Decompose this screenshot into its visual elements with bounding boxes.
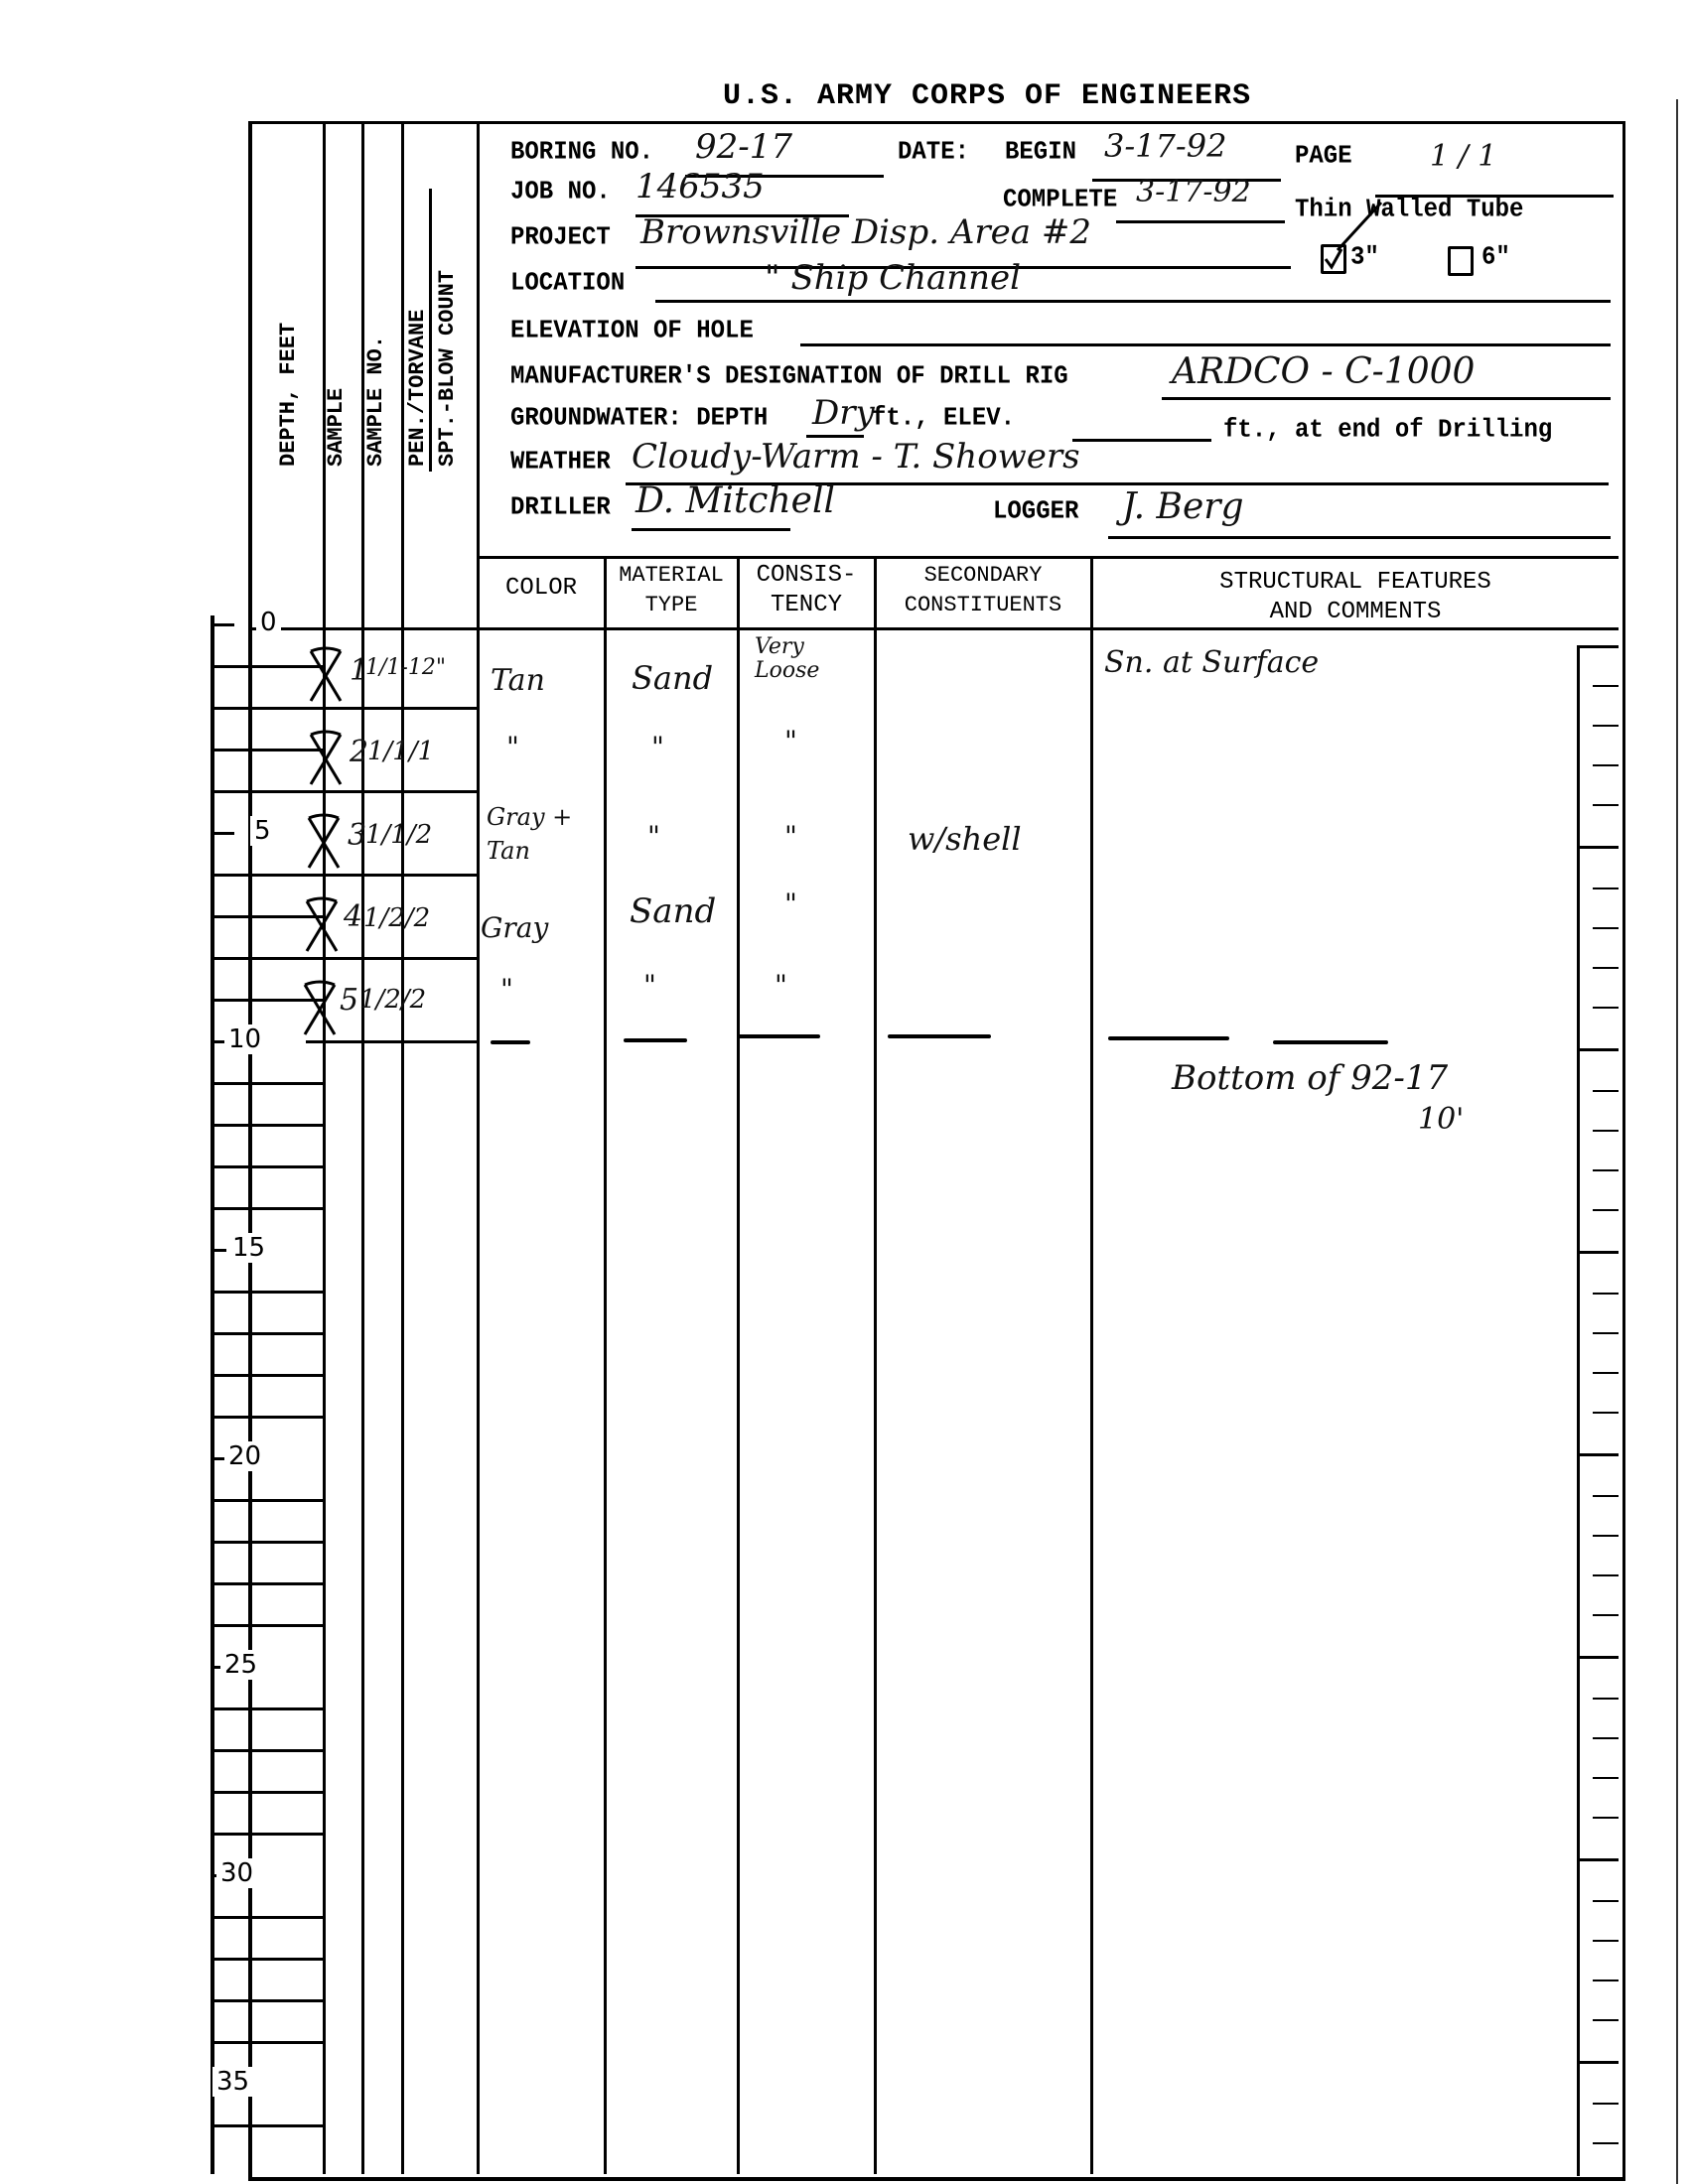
depth-label-5: 5	[250, 816, 275, 846]
end-of-drilling-label: ft., at end of Drilling	[1223, 416, 1552, 445]
sample-row-divider-5	[306, 1040, 477, 1043]
depth-label-35: 35	[212, 2067, 253, 2097]
depth-label-20: 20	[224, 1441, 265, 1471]
page-value[interactable]: 1 / 1	[1430, 139, 1496, 174]
tick-5	[212, 832, 234, 835]
col-header-color: COLOR	[479, 574, 604, 604]
color-value: Gray	[481, 911, 548, 944]
consistency-value: "	[775, 969, 787, 1002]
depth-feet-label: DEPTH, FEET	[276, 323, 301, 467]
end-dash-structural-2	[1273, 1040, 1388, 1044]
sample-x-icon	[304, 895, 340, 955]
complete-label: COMPLETE	[1003, 186, 1117, 214]
boring-no-value[interactable]: 92-17	[695, 127, 792, 167]
col-header-secondary-line2: CONSTITUENTS	[876, 591, 1090, 620]
tube-6in-checkbox[interactable]	[1448, 246, 1474, 276]
col-header-secondary-line1: SECONDARY	[876, 561, 1090, 591]
divider-secondary	[1090, 556, 1093, 2174]
blow-count: 1/1/2	[365, 820, 432, 850]
col-header-structural-line1: STRUCTURAL FEATURES	[1092, 568, 1619, 598]
groundwater-depth-value[interactable]: Dry	[812, 393, 875, 433]
divider-pen	[401, 121, 404, 2174]
logger-underline	[1108, 536, 1611, 539]
end-dash-consistency	[737, 1034, 820, 1038]
sample-no: 3	[348, 818, 366, 853]
material-value: "	[651, 731, 664, 763]
location-underline	[655, 300, 1611, 303]
tube-6in-label: 6"	[1481, 243, 1510, 272]
col-header-color-line1: COLOR	[479, 574, 604, 604]
sample-no: 4	[344, 899, 362, 934]
drill-rig-underline	[1162, 397, 1611, 400]
sample-row-divider-3	[306, 874, 477, 877]
material-value: Sand	[630, 891, 716, 931]
divider-color	[604, 556, 607, 2174]
scan-page-edge	[1676, 99, 1678, 2184]
divider-consistency	[874, 556, 877, 2174]
ft-elev-label: ft., ELEV.	[872, 404, 1015, 433]
blow-count: 1/2/2	[363, 903, 430, 933]
blow-count: 1/1/1	[367, 737, 434, 766]
right-scale-top	[1577, 645, 1619, 648]
col-header-consistency-line1: CONSIS-	[739, 561, 874, 591]
consistency-value: "	[784, 820, 797, 853]
logger-value[interactable]: J. Berg	[1122, 486, 1244, 527]
thin-walled-tube-label: Thin Walled Tube	[1295, 196, 1523, 224]
driller-value[interactable]: D. Mitchell	[635, 480, 835, 521]
col-header-material-line1: MATERIAL	[606, 561, 737, 591]
page-label: PAGE	[1295, 142, 1352, 171]
begin-label: BEGIN	[1005, 138, 1076, 167]
consistency-value: Very Loose	[755, 635, 864, 683]
bottom-of-boring-note: Bottom of 92-17	[1172, 1058, 1448, 1098]
divider-header-left	[477, 121, 480, 2174]
sample-no: 5	[340, 983, 358, 1018]
weather-label: WEATHER	[510, 448, 611, 477]
pen-spt-divider	[429, 189, 432, 472]
sample-row-divider-2	[306, 790, 477, 793]
depth-label-10: 10	[224, 1024, 265, 1054]
column-header-divider	[248, 627, 1619, 630]
job-no-value[interactable]: 146535	[635, 167, 765, 206]
tick-0	[212, 623, 234, 626]
driller-underline	[632, 528, 790, 531]
color-value: "	[500, 973, 513, 1006]
depth-label-30: 30	[216, 1858, 257, 1888]
location-label: LOCATION	[510, 269, 625, 298]
right-scale-left-edge	[1577, 647, 1580, 2176]
sample-x-icon	[306, 812, 342, 872]
sample-no-label: SAMPLE NO.	[363, 336, 388, 467]
col-header-consistency-line2: TENCY	[739, 591, 874, 620]
elevation-underline	[800, 343, 1611, 346]
secondary-value: w/shell	[908, 820, 1022, 858]
groundwater-elev-underline	[1072, 439, 1211, 442]
sample-no: 2	[350, 735, 368, 769]
depth-scale-left-edge	[211, 615, 214, 2174]
col-header-structural-line2: AND COMMENTS	[1092, 598, 1619, 627]
document-title: U.S. ARMY CORPS OF ENGINEERS	[723, 79, 1251, 113]
consistency-value: "	[784, 725, 797, 757]
blow-count: 1/1-12"	[365, 655, 446, 680]
project-label: PROJECT	[510, 223, 611, 252]
drill-rig-value[interactable]: ARDCO - C-1000	[1172, 351, 1475, 392]
depth-label-0: 0	[256, 608, 281, 637]
logger-label: LOGGER	[993, 497, 1078, 526]
boring-no-label: BORING NO.	[510, 138, 653, 167]
spt-blow-count-label: SPT.-BLOW COUNT	[435, 270, 460, 467]
tick-15	[212, 1249, 226, 1252]
divider-material	[737, 556, 740, 2174]
material-value: "	[647, 820, 660, 853]
consistency-value: "	[784, 887, 797, 920]
end-dash-secondary	[888, 1034, 991, 1038]
elevation-label: ELEVATION OF HOLE	[510, 317, 754, 345]
tube-3in-label: 3"	[1350, 243, 1379, 272]
color-value: "	[506, 731, 519, 763]
location-value[interactable]: " Ship Channel	[765, 258, 1021, 298]
end-dash-color	[491, 1040, 530, 1044]
col-header-secondary: SECONDARY CONSTITUENTS	[876, 561, 1090, 620]
end-dash-structural-1	[1108, 1036, 1229, 1040]
sample-x-icon	[308, 729, 344, 788]
sample-x-icon	[302, 979, 338, 1038]
material-value: "	[643, 969, 656, 1002]
sample-label: SAMPLE	[324, 388, 349, 467]
color-value: Tan	[491, 663, 545, 698]
complete-underline	[1116, 220, 1285, 223]
begin-date-value[interactable]: 3-17-92	[1104, 127, 1226, 165]
bottom-depth-note: 10'	[1418, 1102, 1464, 1137]
complete-date-value[interactable]: 3-17-92	[1136, 175, 1251, 209]
depth-label-15: 15	[228, 1233, 269, 1263]
col-header-material: MATERIAL TYPE	[606, 561, 737, 620]
date-label: DATE:	[898, 138, 969, 167]
sample-row-divider-4	[306, 957, 477, 960]
groundwater-label: GROUNDWATER: DEPTH	[510, 404, 768, 433]
sample-row-divider-1	[306, 707, 477, 710]
weather-value[interactable]: Cloudy-Warm - T. Showers	[632, 437, 1080, 477]
col-header-consistency: CONSIS- TENCY	[739, 561, 874, 620]
comment-value: Sn. at Surface	[1104, 645, 1319, 680]
material-value: Sand	[632, 659, 713, 697]
tick-10	[212, 1040, 224, 1043]
depth-label-25: 25	[220, 1650, 261, 1680]
end-dash-material	[624, 1038, 687, 1042]
pen-torvane-label: PEN./TORVANE	[405, 310, 430, 467]
project-value[interactable]: Brownsville Disp. Area #2	[640, 212, 1091, 252]
col-header-material-line2: TYPE	[606, 591, 737, 620]
job-no-label: JOB NO.	[510, 178, 611, 206]
blow-count: 1/2/2	[359, 985, 426, 1015]
driller-label: DRILLER	[510, 493, 611, 522]
drill-rig-label: MANUFACTURER'S DESIGNATION OF DRILL RIG	[510, 362, 1068, 391]
header-divider	[477, 556, 1619, 559]
sample-x-icon	[308, 645, 344, 705]
col-header-structural: STRUCTURAL FEATURES AND COMMENTS	[1092, 568, 1619, 627]
color-value: Gray + Tan	[487, 800, 596, 868]
